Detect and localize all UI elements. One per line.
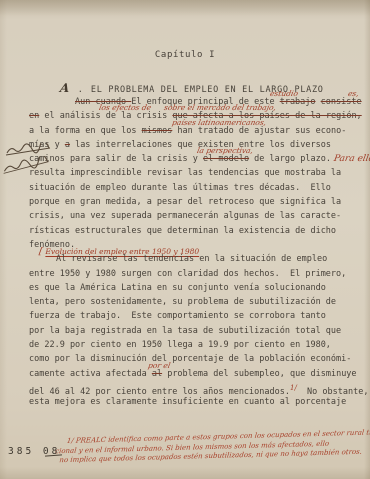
document-line: a la forma en que los mismos han tratado… (29, 124, 365, 138)
document-line: lenta, pero sostenidamente, su problema … (29, 295, 365, 309)
typed-text: como por la disminución del porcentaje d… (29, 354, 351, 364)
document-line: es que la América Latina en su conjunto … (29, 281, 365, 295)
document-line: resulta imprescindible revisar las tende… (29, 166, 365, 180)
document-line: rísticas estructurales que determinan la… (29, 224, 365, 238)
typed-text: del 46 al 42 por ciento entre los años m… (29, 387, 290, 397)
handwritten-footnote: 1/ PREALC identifica como parte a estos … (55, 429, 366, 466)
document-line: por la baja registrada en la tasa de sub… (29, 324, 365, 338)
typed-text: de largo plazo. (249, 154, 331, 164)
footnote-reference-mark: 1/ (290, 384, 297, 392)
struck-text: al (152, 369, 162, 379)
typed-text: por la baja registrada en la tasa de sub… (29, 326, 341, 336)
typed-text: crisis, una vez superada permanecerán al… (29, 211, 341, 221)
typed-text: Al revisarse las tendencias en la situac… (56, 254, 327, 264)
document-body: Aun cuando El enfoque principal de este … (29, 95, 365, 410)
struck-text: el modelo (203, 154, 249, 164)
typed-text: de 22.9 por ciento en 1950 llega a 19.9 … (29, 340, 331, 350)
document-line: Al revisarse las tendencias en la situac… (29, 252, 365, 266)
typed-text: es que la América Latina en su conjunto … (29, 283, 326, 293)
document-line: fuerza de trabajo. Este comportamiento s… (29, 309, 365, 323)
manuscript-page: Capítulo I A.EL PROBLEMA DEL EMPLEO EN E… (0, 0, 370, 479)
document-line: como por la disminución del porcentaje d… (29, 352, 365, 366)
struck-text: trabajo (280, 97, 316, 107)
typed-text: resulta imprescindible revisar las tende… (29, 168, 341, 178)
document-line: de 22.9 por ciento en 1950 llega a 19.9 … (29, 338, 365, 352)
typed-text: entre 1950 y 1980 surgen con claridad do… (29, 269, 346, 279)
document-line: crisis, una vez superada permanecerán al… (29, 209, 365, 223)
document-line: caminos para salir de la crisis y el mod… (29, 152, 365, 166)
document-line: en el análisis de los efectos dela crisi… (29, 109, 365, 123)
heading-separator: . (78, 85, 83, 95)
typed-text: a la forma en que los (29, 126, 142, 136)
typed-text: caminos para salir de la crisis y (29, 154, 203, 164)
typed-text: lenta, pero sostenidamente, su problema … (29, 297, 336, 307)
document-line: situación de empleo durante las últimas … (29, 181, 365, 195)
struck-text: en (29, 111, 39, 121)
typed-text: esta mejora es claramente insuficiente e… (29, 397, 346, 407)
typed-text: el análisis de (39, 111, 121, 121)
typed-text: problema del subempleo, que disminuye (162, 369, 356, 379)
document-line: entre 1950 y 1980 surgen con claridad do… (29, 267, 365, 281)
typed-text: porque en gran medida, a pesar del retro… (29, 197, 341, 207)
typed-text: camente activa afectada (29, 369, 152, 379)
section-letter: A (60, 81, 71, 95)
handwritten-inline: Para ello (330, 152, 370, 166)
typed-text: fuerza de trabajo. Este comportamiento s… (29, 311, 326, 321)
document-line: del 46 al 42 por ciento entre los años m… (29, 381, 365, 395)
document-line: esta mejora es claramente insuficiente e… (29, 395, 365, 409)
typed-text (316, 97, 321, 107)
struck-text: consiste (321, 97, 362, 107)
chapter-title: Capítulo I (0, 50, 370, 60)
typed-text: situación de empleo durante las últimas … (29, 183, 331, 193)
struck-text: mismos (142, 126, 173, 136)
document-line: camente activa afectada alpor el problem… (29, 367, 365, 381)
typed-text: la crisis (121, 111, 172, 121)
typed-text: han tratado de ajustar sus econo- (172, 126, 346, 136)
typed-text: rísticas estructurales que determinan la… (29, 226, 336, 236)
typed-text: No obstante, (297, 387, 369, 397)
document-line: porque en gran medida, a pesar del retro… (29, 195, 365, 209)
